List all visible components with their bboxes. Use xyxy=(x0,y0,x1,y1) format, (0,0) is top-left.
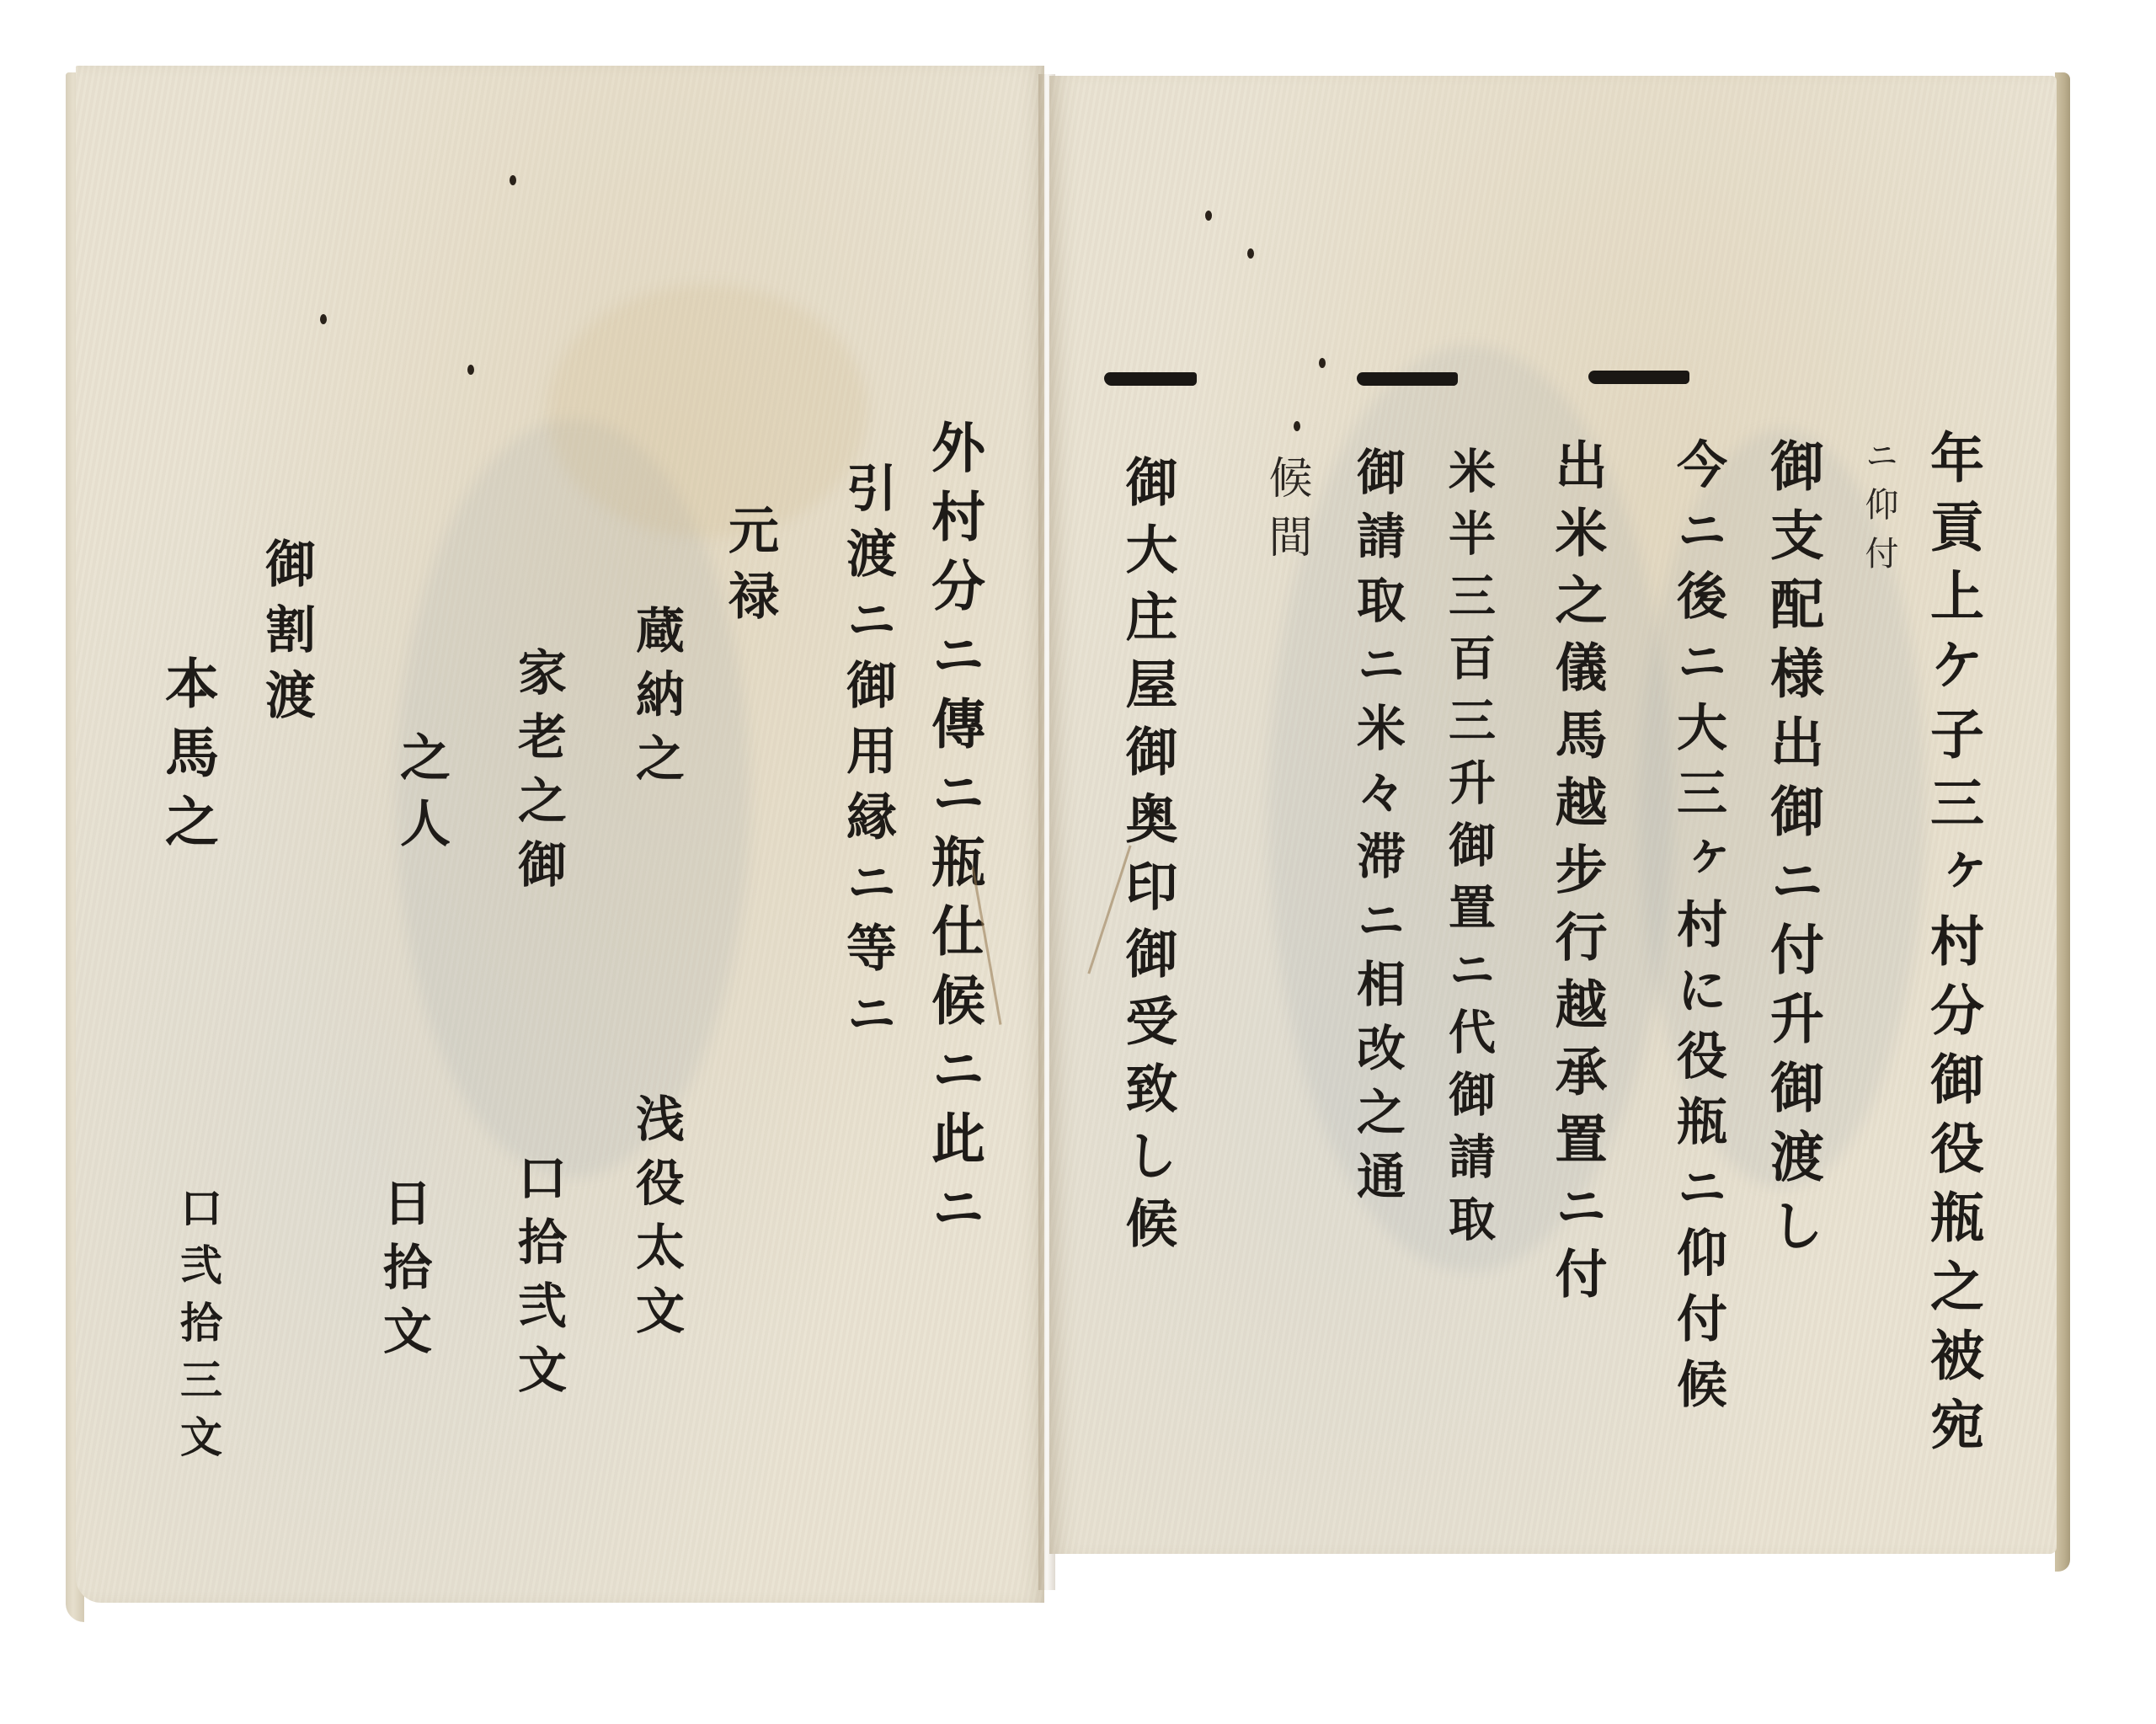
text-column-right-6: 米半三百三升御置ニ代御請取 xyxy=(1445,446,1492,1257)
text-column-right-5: 出米之儀馬越步行越承置ニ付 xyxy=(1550,438,1603,1314)
amount-column-4: 口弐拾三文 xyxy=(177,1186,219,1472)
amount-column-3: 日拾文 xyxy=(379,1177,428,1369)
right-page: 年貢上ケ子三ヶ村分御役瓶之被宛 ニ仰付 御支配様出御ニ付升御渡し 今ニ後ニ大三ヶ… xyxy=(1049,76,2057,1554)
left-page: 外村分ニ傳ニ瓶仕候ニ此ニ 引渡ニ御用縁ニ等ニ 元禄 蔵納之 家老之御 之人 御割… xyxy=(76,66,1044,1603)
text-column-right-4: 今ニ後ニ大三ヶ村に役瓶ニ仰付候 xyxy=(1673,438,1723,1423)
text-column-left-7: 御割渡 xyxy=(261,537,312,734)
ink-speck xyxy=(467,365,474,375)
amount-column-2: 口拾弐文 xyxy=(514,1152,563,1408)
page-stack-right-edge xyxy=(2055,72,2070,1572)
ink-speck xyxy=(320,314,327,324)
amount-column-1: 浅役太文 xyxy=(632,1093,680,1349)
item-marker-ichi xyxy=(1357,372,1458,386)
ink-speck xyxy=(1205,211,1212,221)
text-column-left-6: 之人 xyxy=(396,731,446,862)
open-manuscript-book: 外村分ニ傳ニ瓶仕候ニ此ニ 引渡ニ御用縁ニ等ニ 元禄 蔵納之 家老之御 之人 御割… xyxy=(66,66,2070,1649)
text-column-right-1: 年貢上ケ子三ヶ村分御役瓶之被宛 xyxy=(1925,430,1979,1465)
ink-speck xyxy=(1247,248,1254,259)
text-column-left-1: 外村分ニ傳ニ瓶仕候ニ此ニ xyxy=(926,419,980,1248)
water-stain xyxy=(547,285,867,537)
ink-speck xyxy=(510,175,516,185)
item-marker-ichi xyxy=(1588,371,1689,384)
ink-speck xyxy=(1294,421,1300,431)
text-column-right-3: 御支配様出御ニ付升御渡し xyxy=(1765,438,1819,1267)
text-column-left-3: 元禄 xyxy=(724,504,775,635)
text-column-right-7: 御請取ニ米々滞ニ相改之通 xyxy=(1353,446,1401,1214)
text-column-left-5: 家老之御 xyxy=(514,647,563,903)
text-column-right-8: 候間 xyxy=(1264,455,1308,573)
text-column-left-2: 引渡ニ御用縁ニ等ニ xyxy=(842,462,893,1053)
text-column-right-9: 御大庄屋御奥印御受致し候 xyxy=(1121,455,1173,1263)
text-column-left-4: 蔵納之 xyxy=(632,605,680,797)
text-column-left-8: 本馬之 xyxy=(160,655,214,862)
ink-speck xyxy=(1319,358,1326,368)
item-marker-ichi xyxy=(1104,372,1197,386)
text-column-right-2: ニ仰付 xyxy=(1862,438,1896,584)
